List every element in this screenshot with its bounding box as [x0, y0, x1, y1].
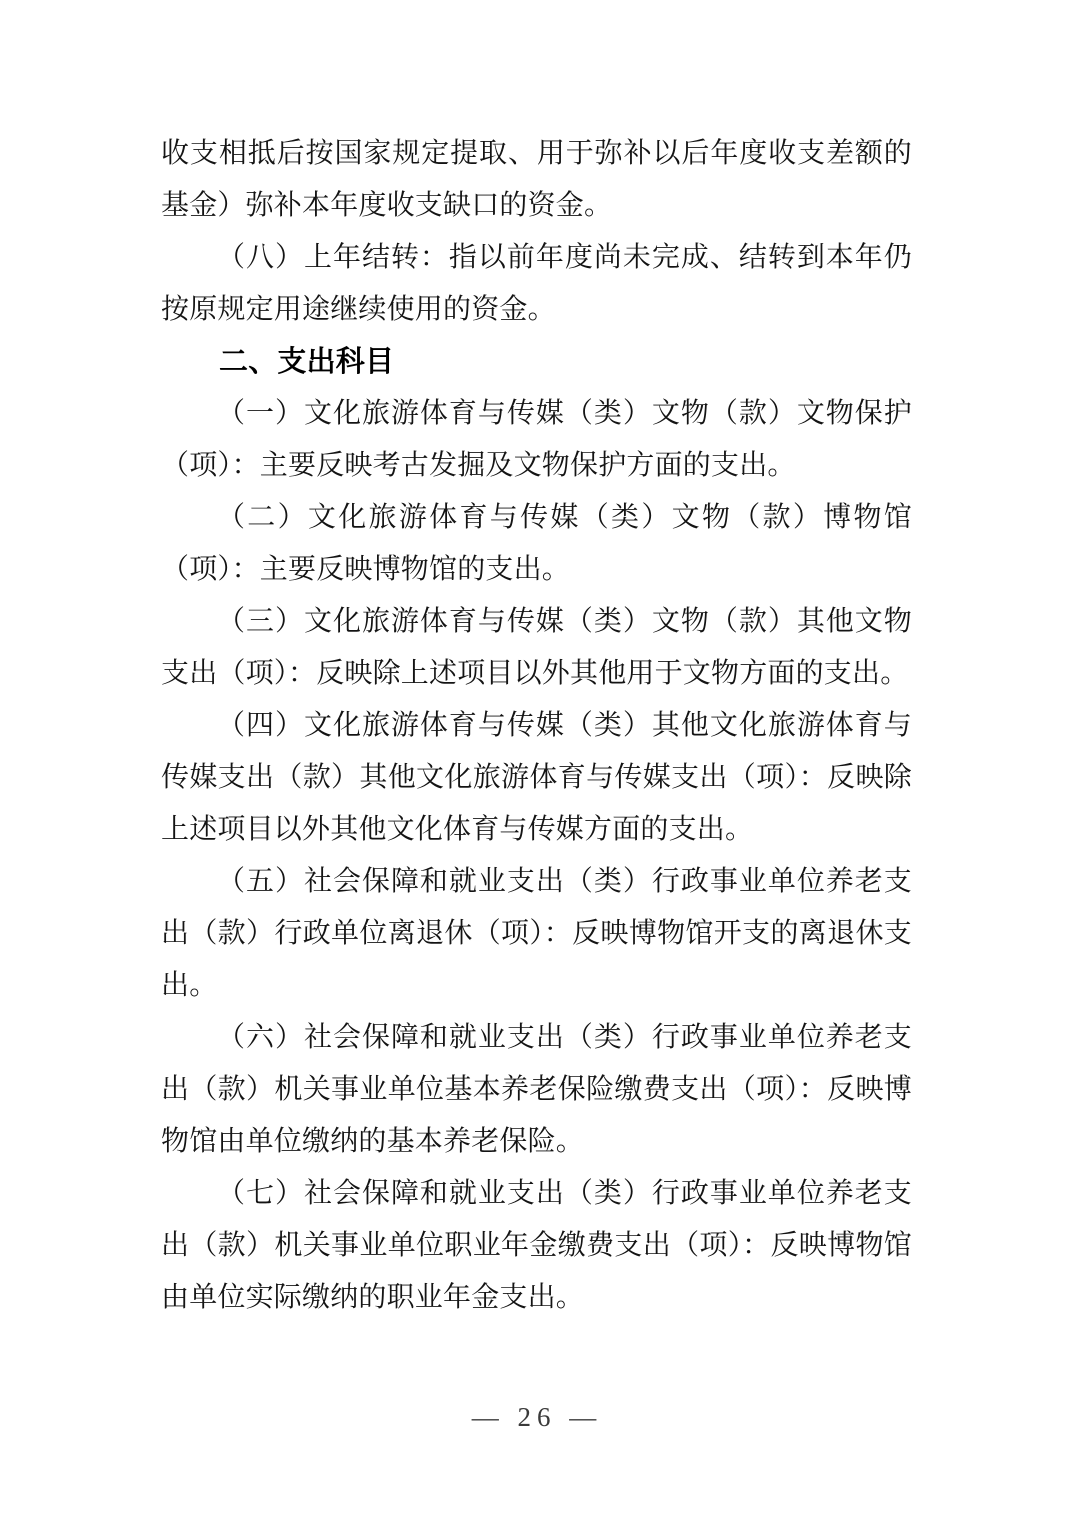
document-body: 收支相抵后按国家规定提取、用于弥补以后年度收支差额的基金）弥补本年度收支缺口的资…: [161, 128, 912, 1324]
page-number: — 26 —: [472, 1402, 603, 1432]
paragraph-continuation: 收支相抵后按国家规定提取、用于弥补以后年度收支差额的基金）弥补本年度收支缺口的资…: [161, 128, 912, 232]
paragraph-item-5: （五）社会保障和就业支出（类）行政事业单位养老支出（款）行政单位离退休（项）：反…: [161, 856, 912, 1012]
paragraph-item-3: （三）文化旅游体育与传媒（类）文物（款）其他文物支出（项）：反映除上述项目以外其…: [161, 596, 912, 700]
paragraph-item-7: （七）社会保障和就业支出（类）行政事业单位养老支出（款）机关事业单位职业年金缴费…: [161, 1168, 912, 1324]
page-footer: — 26 —: [0, 1402, 1074, 1433]
paragraph-item-2: （二）文化旅游体育与传媒（类）文物（款）博物馆（项）：主要反映博物馆的支出。: [161, 492, 912, 596]
paragraph-item-4: （四）文化旅游体育与传媒（类）其他文化旅游体育与传媒支出（款）其他文化旅游体育与…: [161, 700, 912, 856]
paragraph-item-6: （六）社会保障和就业支出（类）行政事业单位养老支出（款）机关事业单位基本养老保险…: [161, 1012, 912, 1168]
paragraph-item-8: （八）上年结转：指以前年度尚未完成、结转到本年仍按原规定用途继续使用的资金。: [161, 232, 912, 336]
document-page: 收支相抵后按国家规定提取、用于弥补以后年度收支差额的基金）弥补本年度收支缺口的资…: [0, 0, 1074, 1520]
section-heading-expenditure: 二、支出科目: [161, 336, 912, 388]
paragraph-item-1: （一）文化旅游体育与传媒（类）文物（款）文物保护（项）：主要反映考古发掘及文物保…: [161, 388, 912, 492]
